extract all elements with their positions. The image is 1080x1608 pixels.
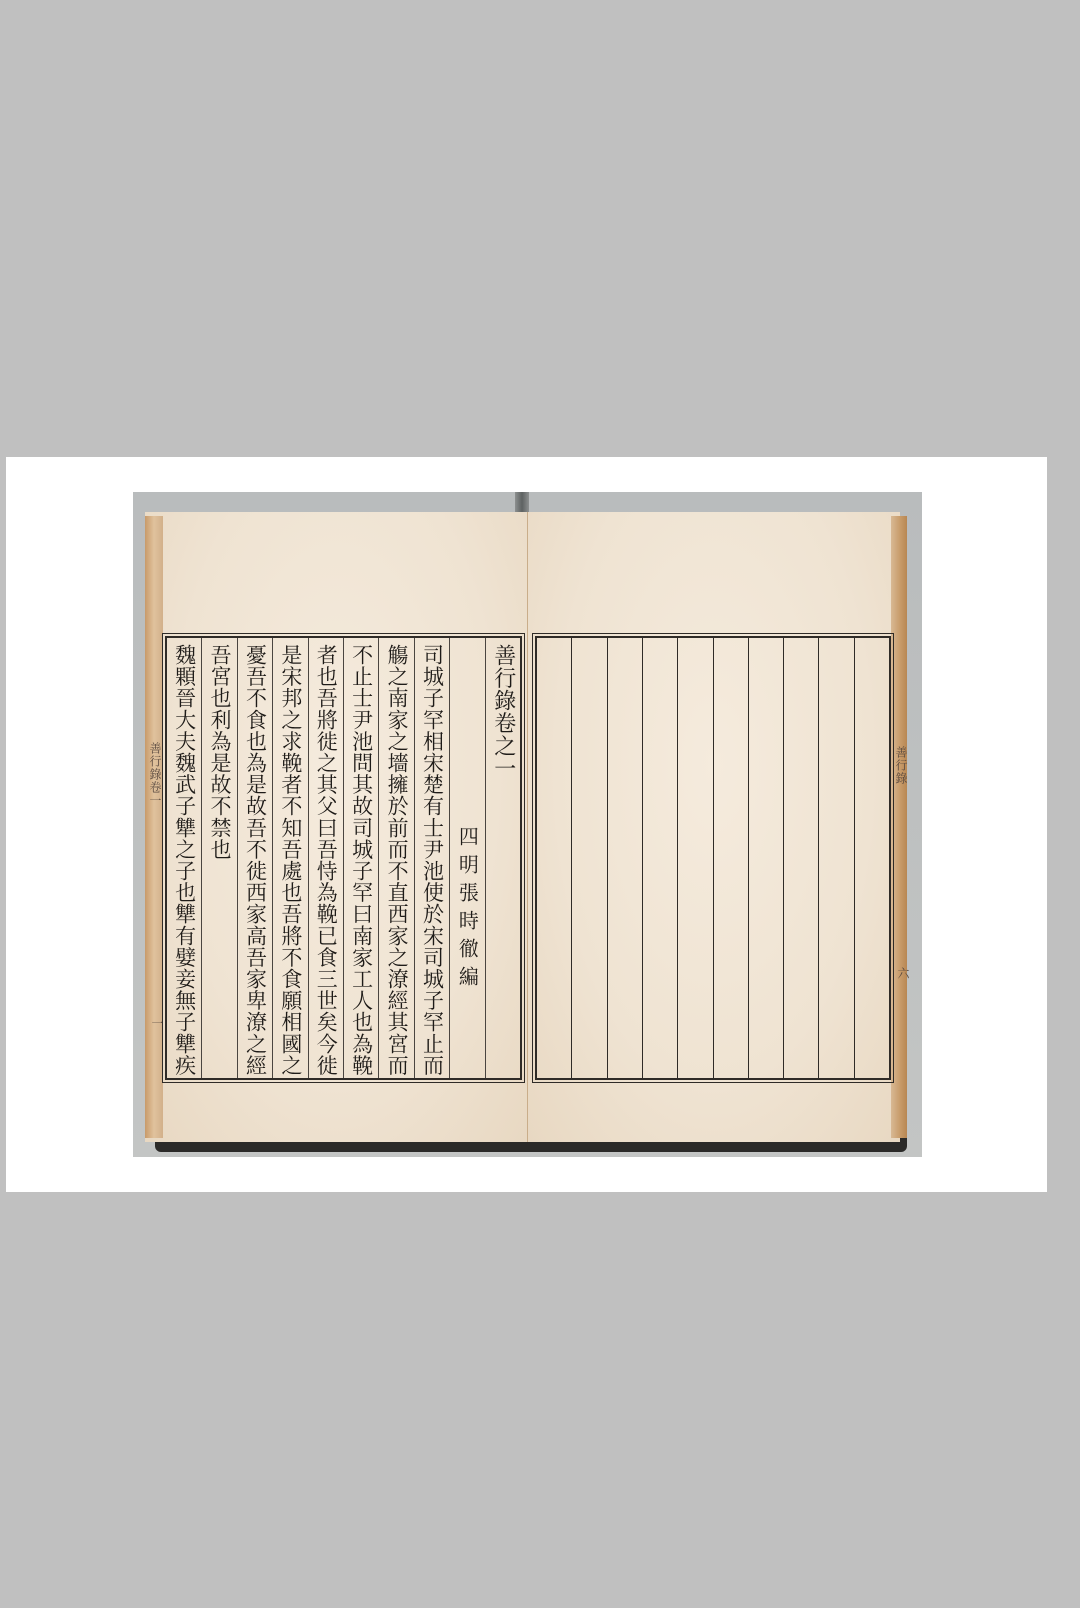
left-page-edge xyxy=(145,516,163,1138)
text-column: 吾宮也利為是故不禁也 xyxy=(201,638,236,1078)
author-line: 四明張時徹編 xyxy=(457,826,477,994)
right-ruled-columns xyxy=(537,638,889,1078)
right-margin-page-number: 六 xyxy=(895,967,912,979)
text-column: 是宋邦之求鞔者不知吾處也吾將不食願相國之 xyxy=(272,638,307,1078)
text-line: 者也吾將徙之其父曰吾恃為鞔已食三世矣今徙 xyxy=(315,644,336,1076)
ruled-column xyxy=(677,638,712,1078)
ruled-column xyxy=(818,638,853,1078)
ruled-column xyxy=(748,638,783,1078)
right-page-edge xyxy=(891,516,907,1138)
book-photograph: 善行錄卷一 一 善行錄卷之一 四明張時徹編 司城子罕相宋楚有士尹池使於宋司城子罕… xyxy=(133,492,922,1157)
left-text-frame: 善行錄卷之一 四明張時徹編 司城子罕相宋楚有士尹池使於宋司城子罕止而 觴之南家之… xyxy=(165,636,522,1080)
text-line: 觴之南家之墻擁於前而不直西家之潦經其宮而 xyxy=(386,644,407,1076)
ruled-column xyxy=(642,638,677,1078)
ruled-column xyxy=(783,638,818,1078)
text-line: 是宋邦之求鞔者不知吾處也吾將不食願相國之 xyxy=(280,644,301,1076)
left-margin-title: 善行錄卷一 xyxy=(147,742,164,807)
right-margin-title: 善行錄 xyxy=(893,746,910,785)
ruled-column xyxy=(607,638,642,1078)
left-text-columns: 善行錄卷之一 四明張時徹編 司城子罕相宋楚有士尹池使於宋司城子罕止而 觴之南家之… xyxy=(167,638,520,1078)
ruled-column xyxy=(713,638,748,1078)
title-column: 善行錄卷之一 xyxy=(485,638,520,1078)
right-ruled-frame xyxy=(535,636,891,1080)
text-column: 觴之南家之墻擁於前而不直西家之潦經其宮而 xyxy=(378,638,413,1078)
text-column: 魏顆晉大夫魏武子犨之子也犨有嬖妾無子犨疾 xyxy=(167,638,201,1078)
text-column: 不止士尹池問其故司城子罕曰南家工人也為鞔 xyxy=(343,638,378,1078)
text-line: 魏顆晉大夫魏武子犨之子也犨有嬖妾無子犨疾 xyxy=(174,644,195,1076)
book-title: 善行錄卷之一 xyxy=(492,644,514,780)
text-column: 憂吾不食也為是故吾不徙西家高吾家卑潦之經 xyxy=(237,638,272,1078)
document-card: 善行錄卷一 一 善行錄卷之一 四明張時徹編 司城子罕相宋楚有士尹池使於宋司城子罕… xyxy=(6,457,1047,1192)
text-column: 司城子罕相宋楚有士尹池使於宋司城子罕止而 xyxy=(414,638,449,1078)
text-line: 司城子罕相宋楚有士尹池使於宋司城子罕止而 xyxy=(421,644,442,1076)
left-margin-page-number: 一 xyxy=(149,1017,166,1029)
text-line: 吾宮也利為是故不禁也 xyxy=(209,644,230,860)
ruled-column xyxy=(537,638,571,1078)
ruled-column xyxy=(854,638,889,1078)
book-spine xyxy=(515,492,529,514)
text-line: 憂吾不食也為是故吾不徙西家高吾家卑潦之經 xyxy=(244,644,265,1076)
text-column: 者也吾將徙之其父曰吾恃為鞔已食三世矣今徙 xyxy=(308,638,343,1078)
author-column: 四明張時徹編 xyxy=(449,638,484,1078)
text-line: 不止士尹池問其故司城子罕曰南家工人也為鞔 xyxy=(351,644,372,1076)
ruled-column xyxy=(571,638,606,1078)
